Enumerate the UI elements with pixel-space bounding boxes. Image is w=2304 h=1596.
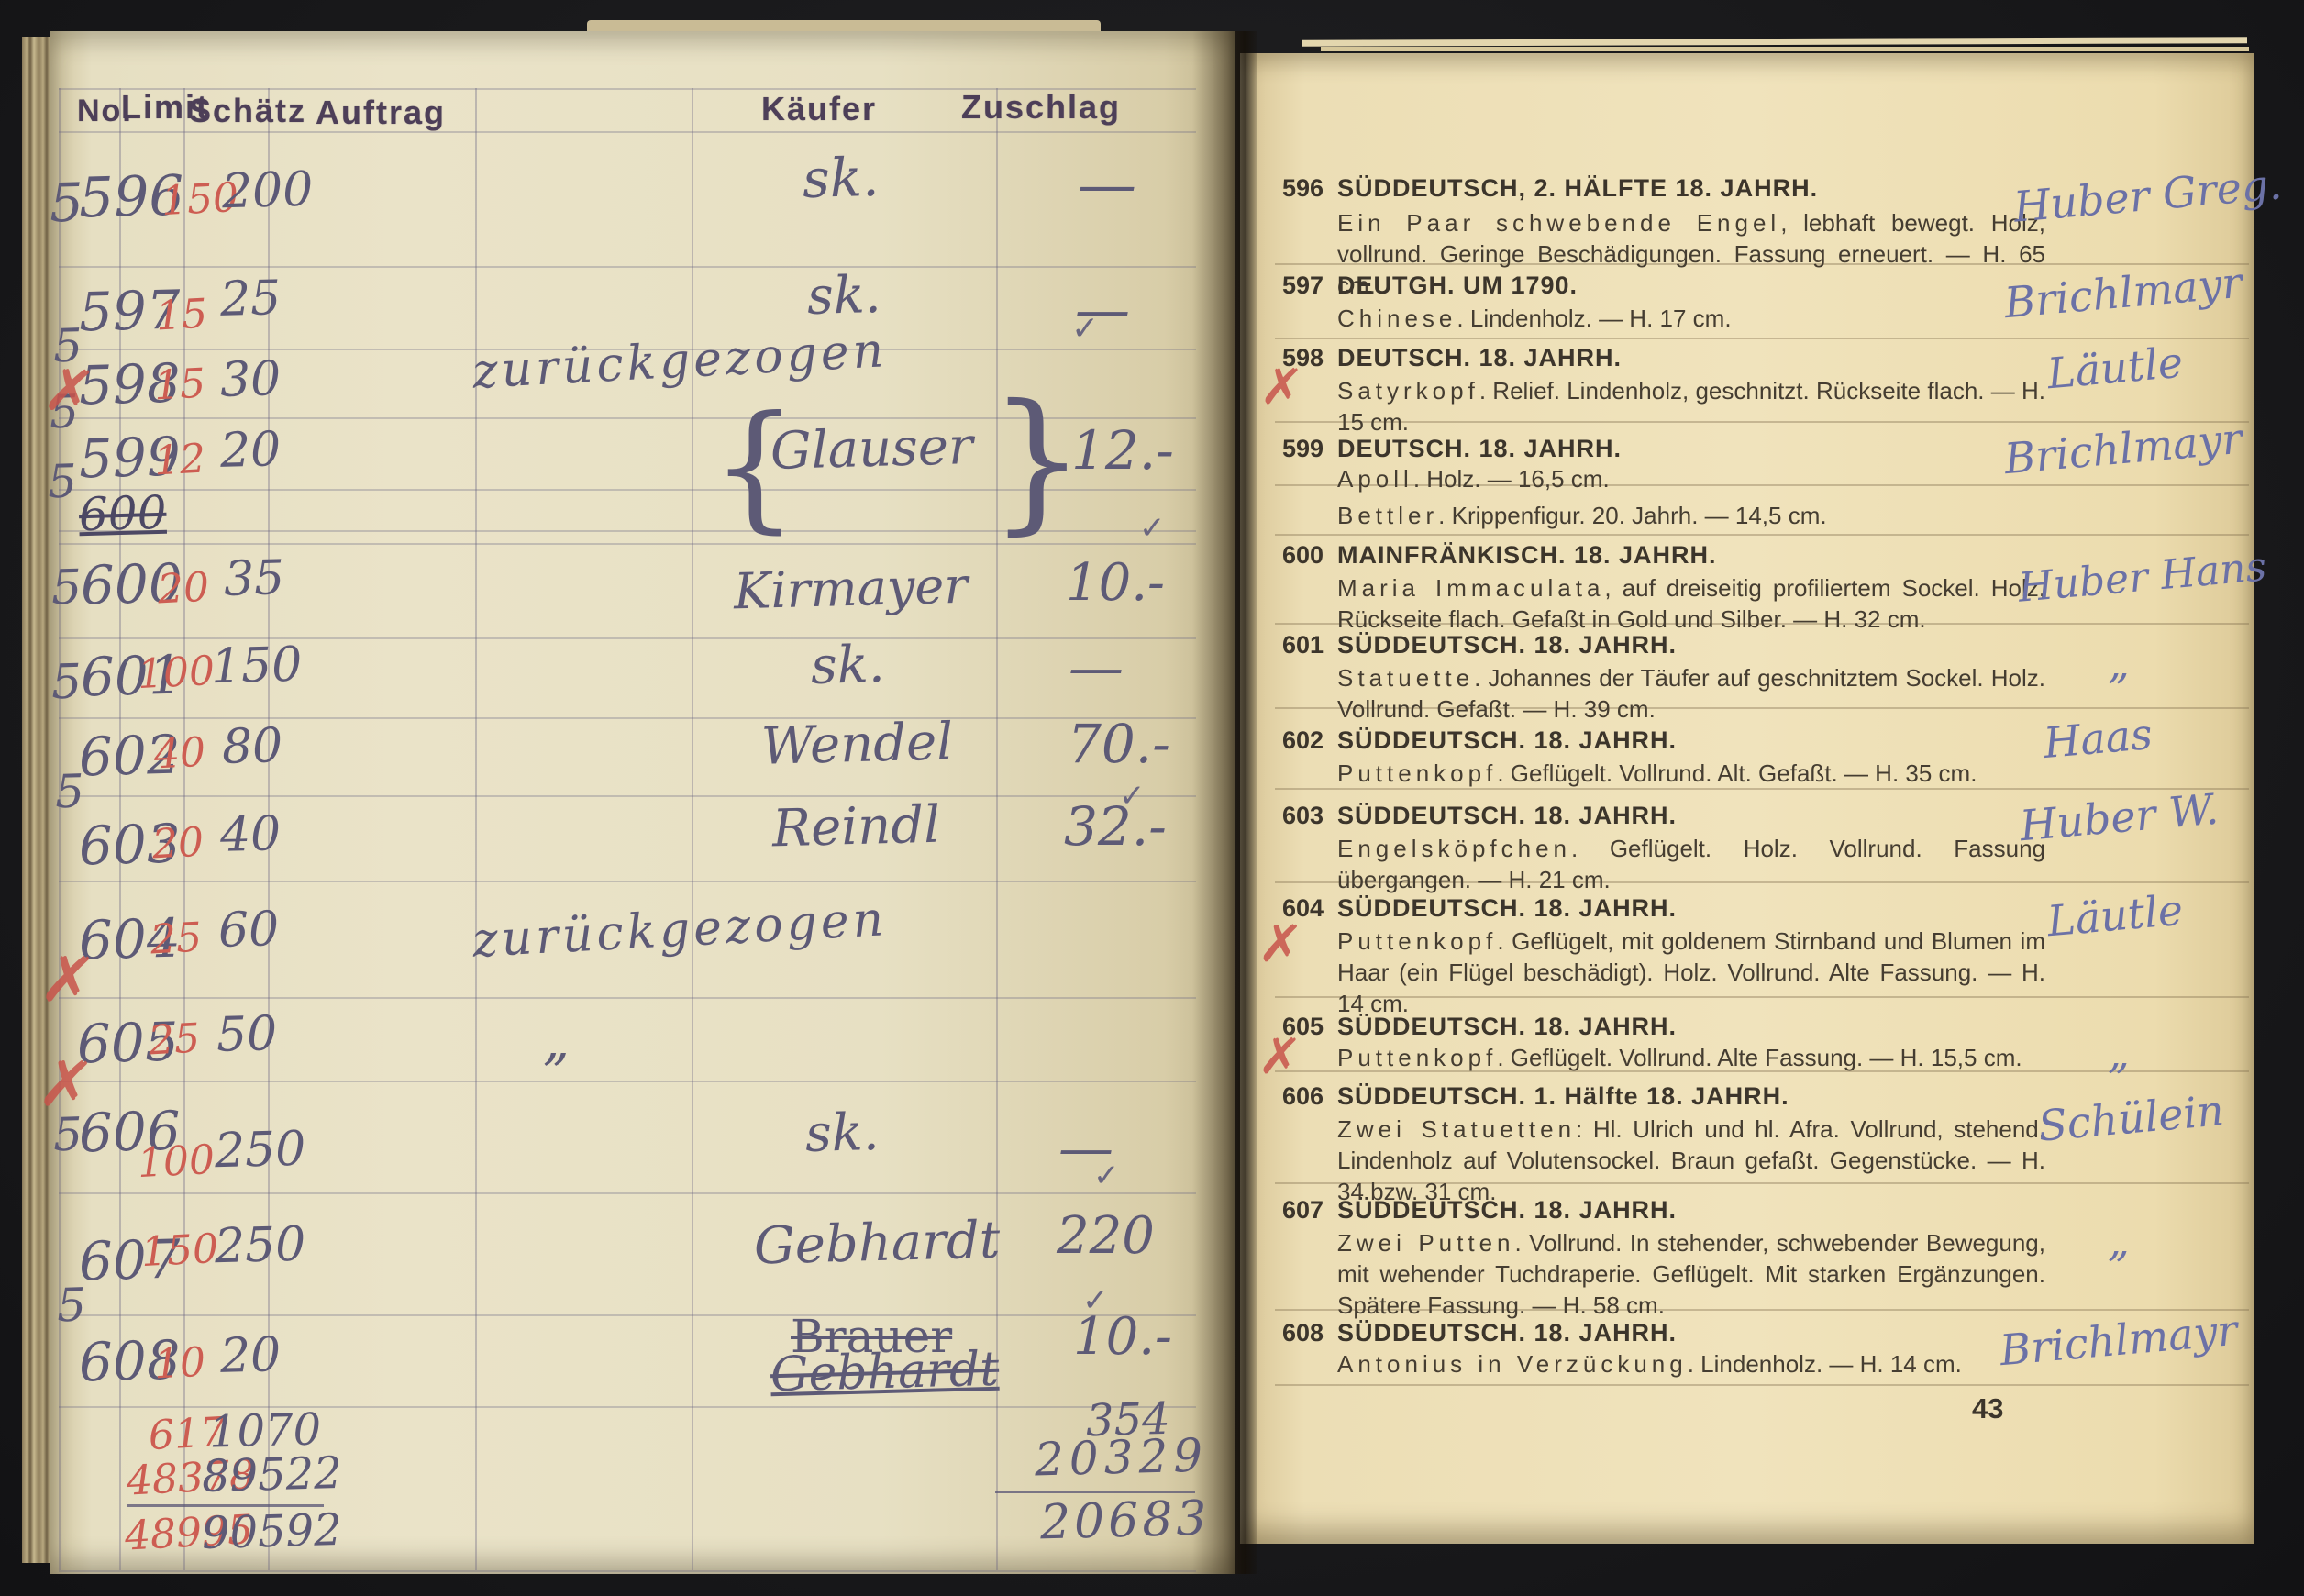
estimate-value: 60 bbox=[217, 905, 280, 955]
cancellation-x-icon: ✗ bbox=[1258, 356, 1305, 418]
carryover-estimate: 89522 bbox=[201, 1451, 342, 1499]
catalog-lot-number: 600 bbox=[1282, 541, 1324, 570]
column-header-schaetz: Schätz bbox=[189, 92, 306, 130]
page-stack-edge-top bbox=[587, 20, 1101, 31]
margin-ditto-mark: „ bbox=[2108, 1220, 2130, 1262]
grid-line bbox=[59, 997, 1196, 999]
grand-total-hammer: 20683 bbox=[1039, 1495, 1211, 1547]
grid-line bbox=[59, 266, 1196, 268]
lot-margin-digit: 5 bbox=[50, 659, 82, 707]
buyer-entry: Wendel bbox=[760, 716, 954, 772]
estimate-value: 250 bbox=[214, 1221, 306, 1271]
grid-line bbox=[59, 1570, 1196, 1572]
catalog-lot-title: SÜDDEUTSCH. 18. JAHRH. bbox=[1337, 802, 1677, 830]
limit-value: 40 bbox=[153, 733, 206, 776]
limit-value: 20 bbox=[151, 823, 205, 866]
catalog-lot-number: 607 bbox=[1282, 1196, 1324, 1225]
limit-value: 150 bbox=[140, 1229, 219, 1273]
catalog-lot-number: 599 bbox=[1282, 435, 1324, 463]
lot-object-name: Engelsköpfchen bbox=[1337, 835, 1571, 862]
grid-line bbox=[59, 1314, 1196, 1316]
catalog-lot-description: Puttenkopf. Geflügelt. Vollrund. Alte Fa… bbox=[1337, 1042, 2045, 1073]
cancellation-x-icon: ✗ bbox=[39, 353, 99, 430]
limit-value: 10 bbox=[153, 1343, 206, 1386]
estimate-value: 40 bbox=[219, 810, 282, 859]
column-header-kaeufer: Käufer bbox=[761, 90, 877, 128]
page-stack-edge-top-right bbox=[1302, 37, 2247, 47]
catalog-lot-title: SÜDDEUTSCH. 18. JAHRH. bbox=[1337, 1196, 1677, 1225]
lot-object-name: Puttenkopf bbox=[1337, 1044, 1497, 1071]
lot-object-name: Ein Paar schwebende Engel bbox=[1337, 209, 1780, 237]
buyer-entry: Gebhardt bbox=[753, 1214, 1001, 1272]
catalog-lot-title: DEUTSCH. 18. JAHRH. bbox=[1337, 344, 1622, 372]
margin-buyer-name: Läutle bbox=[2045, 889, 2184, 943]
grid-line bbox=[59, 1081, 1196, 1082]
grand-total-estimate: 90592 bbox=[201, 1508, 342, 1556]
margin-ditto-mark: „ bbox=[2108, 642, 2130, 684]
catalog-lot-number: 602 bbox=[1282, 726, 1324, 755]
hammer-price: — bbox=[1078, 156, 1136, 215]
lot-object-name: Chinese bbox=[1337, 305, 1457, 332]
buyer-entry: sk. bbox=[810, 639, 885, 693]
limit-value: 25 bbox=[150, 918, 203, 961]
lot-object-name: Zwei Putten bbox=[1337, 1229, 1515, 1257]
margin-buyer-name: Haas bbox=[2042, 713, 2154, 764]
limit-value: 12 bbox=[153, 439, 206, 482]
catalog-lot-description: Apoll. Holz. — 16,5 cm. bbox=[1337, 463, 2045, 494]
estimate-value: 50 bbox=[216, 1010, 278, 1059]
grid-line bbox=[59, 795, 1196, 797]
hammer-price: 12.- bbox=[1071, 424, 1174, 477]
lot-details: . Krippenfigur. 20. Jahrh. — 14,5 cm. bbox=[1438, 502, 1826, 529]
estimate-value: 25 bbox=[219, 274, 282, 324]
catalog-lot-number: 608 bbox=[1282, 1319, 1324, 1347]
checkmark-icon: ✓ bbox=[1071, 310, 1099, 348]
book-gutter-shadow bbox=[1192, 31, 1257, 1574]
lot-number-crossed-out: 600 bbox=[78, 490, 167, 538]
buyer-entry: sk. bbox=[804, 1107, 880, 1160]
lot-object-name: Satyrkopf bbox=[1337, 377, 1479, 405]
catalog-lot-title: SÜDDEUTSCH, 2. HÄLFTE 18. JAHRH. bbox=[1337, 174, 1818, 203]
lot-margin-digit: 5 bbox=[47, 459, 77, 505]
estimate-value: 20 bbox=[219, 426, 282, 475]
catalog-lot-number: 603 bbox=[1282, 802, 1324, 830]
lot-object-name: Puttenkopf bbox=[1337, 759, 1497, 787]
catalog-lot-description: Satyrkopf. Relief. Lindenholz, geschnitz… bbox=[1337, 375, 2045, 438]
grid-line bbox=[692, 88, 693, 1570]
catalog-lot-title: DEUTSCH. 18. JAHRH. bbox=[1337, 435, 1622, 463]
limit-value: 100 bbox=[137, 651, 216, 695]
lot-object-name: Puttenkopf bbox=[1337, 927, 1497, 955]
limit-value: 25 bbox=[148, 1019, 201, 1062]
grid-line bbox=[59, 1192, 1196, 1194]
column-header-auftrag: Auftrag bbox=[316, 94, 446, 132]
lot-object-name: Apoll bbox=[1337, 465, 1413, 493]
subtotal-estimate: 1070 bbox=[208, 1407, 321, 1454]
estimate-value: 30 bbox=[219, 355, 282, 405]
catalog-lot-title: SÜDDEUTSCH. 18. JAHRH. bbox=[1337, 894, 1677, 923]
cancellation-x-icon: ✗ bbox=[1257, 911, 1305, 976]
margin-buyer-name: Läutle bbox=[2045, 341, 2184, 395]
estimate-value: 80 bbox=[221, 722, 283, 771]
hammer-price: 32.- bbox=[1064, 800, 1167, 853]
lot-details: . Holz. — 16,5 cm. bbox=[1413, 465, 1610, 493]
limit-value: 20 bbox=[157, 568, 210, 611]
lot-margin-digit: 5 bbox=[50, 564, 82, 613]
entry-separator bbox=[1275, 1384, 2249, 1386]
catalog-lot-number: 606 bbox=[1282, 1082, 1324, 1111]
estimate-value: 200 bbox=[221, 166, 314, 216]
catalog-lot-description: Zwei Putten. Vollrund. In stehender, sch… bbox=[1337, 1227, 2045, 1321]
estimate-value: 150 bbox=[210, 641, 303, 692]
page-stack-edge-top-right bbox=[1321, 47, 2249, 51]
catalog-lot-description: Puttenkopf. Geflügelt, mit goldenem Stir… bbox=[1337, 925, 2045, 1019]
catalog-lot-description: Chinese. Lindenholz. — H. 17 cm. bbox=[1337, 303, 2045, 334]
lot-object-name: Zwei Statuetten bbox=[1337, 1115, 1576, 1143]
lot-object-name: Statuette bbox=[1337, 664, 1474, 692]
hammer-price: — bbox=[1069, 640, 1124, 695]
buyer-entry: Reindl bbox=[771, 800, 940, 856]
hammer-price: 10.- bbox=[1073, 1312, 1172, 1363]
catalog-lot-number: 601 bbox=[1282, 631, 1324, 659]
estimate-value: 20 bbox=[219, 1331, 282, 1380]
grid-line bbox=[59, 881, 1196, 882]
catalog-lot-description: Statuette. Johannes der Täufer auf gesch… bbox=[1337, 662, 2045, 725]
estimate-value: 35 bbox=[223, 554, 285, 604]
limit-value: 15 bbox=[153, 364, 206, 407]
catalog-lot-title: MAINFRÄNKISCH. 18. JAHRH. bbox=[1337, 541, 1717, 570]
grid-line bbox=[59, 88, 61, 1570]
catalog-lot-description: Maria Immaculata, auf dreiseitig profili… bbox=[1337, 572, 2045, 635]
hammer-price: 220 bbox=[1057, 1211, 1155, 1262]
catalog-lot-description: Antonius in Verzückung. Lindenholz. — H.… bbox=[1337, 1348, 2045, 1380]
catalog-lot-title: SÜDDEUTSCH. 18. JAHRH. bbox=[1337, 726, 1677, 755]
entry-separator bbox=[1275, 534, 2249, 536]
catalog-lot-title: DEUTGH. UM 1790. bbox=[1337, 272, 1578, 300]
column-header-zuschlag: Zuschlag bbox=[961, 88, 1121, 127]
checkmark-icon: ✓ bbox=[1139, 510, 1166, 547]
catalog-lot-description: Zwei Statuetten: Hl. Ulrich und hl. Afra… bbox=[1337, 1114, 2045, 1207]
buyer-entry: sk. bbox=[802, 150, 880, 205]
catalog-lot-title: SÜDDEUTSCH. 18. JAHRH. bbox=[1337, 1319, 1677, 1347]
cancellation-x-icon: ✗ bbox=[1257, 1025, 1303, 1088]
buyer-entry: Kirmayer bbox=[733, 561, 968, 617]
lot-object-name: Antonius in Verzückung bbox=[1337, 1350, 1688, 1378]
catalog-lot-title: SÜDDEUTSCH. 18. JAHRH. bbox=[1337, 631, 1677, 659]
lot-details: . Lindenholz. — H. 14 cm. bbox=[1688, 1350, 1962, 1378]
grid-line bbox=[59, 131, 1196, 133]
carryover-hammer: 20329 bbox=[1034, 1433, 1208, 1483]
auction-ledger-scan: No. Limit Schätz Auftrag Käufer Zuschlag… bbox=[0, 0, 2304, 1596]
grid-line bbox=[475, 88, 477, 1570]
hammer-price: 70.- bbox=[1068, 717, 1170, 770]
limit-value: 15 bbox=[155, 294, 208, 338]
catalog-lot-number: 596 bbox=[1282, 174, 1324, 203]
estimate-value: 250 bbox=[214, 1125, 306, 1176]
catalog-lot-title: SÜDDEUTSCH. 18. JAHRH. bbox=[1337, 1013, 1677, 1041]
lot-details: . Geflügelt. Vollrund. Alt. Gefaßt. — H.… bbox=[1497, 759, 1977, 787]
limit-value: 100 bbox=[137, 1140, 216, 1184]
cancellation-x-icon: ✗ bbox=[37, 938, 100, 1021]
catalog-lot-description: Puttenkopf. Geflügelt. Vollrund. Alt. Ge… bbox=[1337, 758, 2045, 789]
entry-separator bbox=[1275, 338, 2249, 339]
lot-details: . Geflügelt. Vollrund. Alte Fassung. — H… bbox=[1497, 1044, 2022, 1071]
catalog-lot-title: SÜDDEUTSCH. 1. Hälfte 18. JAHRH. bbox=[1337, 1082, 1789, 1111]
catalog-lot-description: Engelsköpfchen. Geflügelt. Holz. Vollrun… bbox=[1337, 833, 2045, 895]
lot-details: . Lindenholz. — H. 17 cm. bbox=[1457, 305, 1731, 332]
buyer-entry: sk. bbox=[806, 270, 881, 323]
lot-object-name: Bettler bbox=[1337, 502, 1438, 529]
catalog-lot-number: 597 bbox=[1282, 272, 1324, 300]
lot-object-name: Maria Immaculata bbox=[1337, 574, 1604, 602]
hammer-price: 10.- bbox=[1066, 558, 1165, 609]
buyer-entry: Glauser bbox=[770, 421, 973, 478]
checkmark-icon: ✓ bbox=[1093, 1158, 1120, 1194]
buyer-entry-crossed-out: Gebhardt bbox=[770, 1346, 999, 1400]
page-number: 43 bbox=[1972, 1392, 2003, 1425]
margin-ditto-mark: „ bbox=[2108, 1032, 2130, 1074]
catalog-lot-description: Bettler. Krippenfigur. 20. Jahrh. — 14,5… bbox=[1337, 500, 2045, 531]
ditto-mark: „ bbox=[543, 1016, 570, 1068]
